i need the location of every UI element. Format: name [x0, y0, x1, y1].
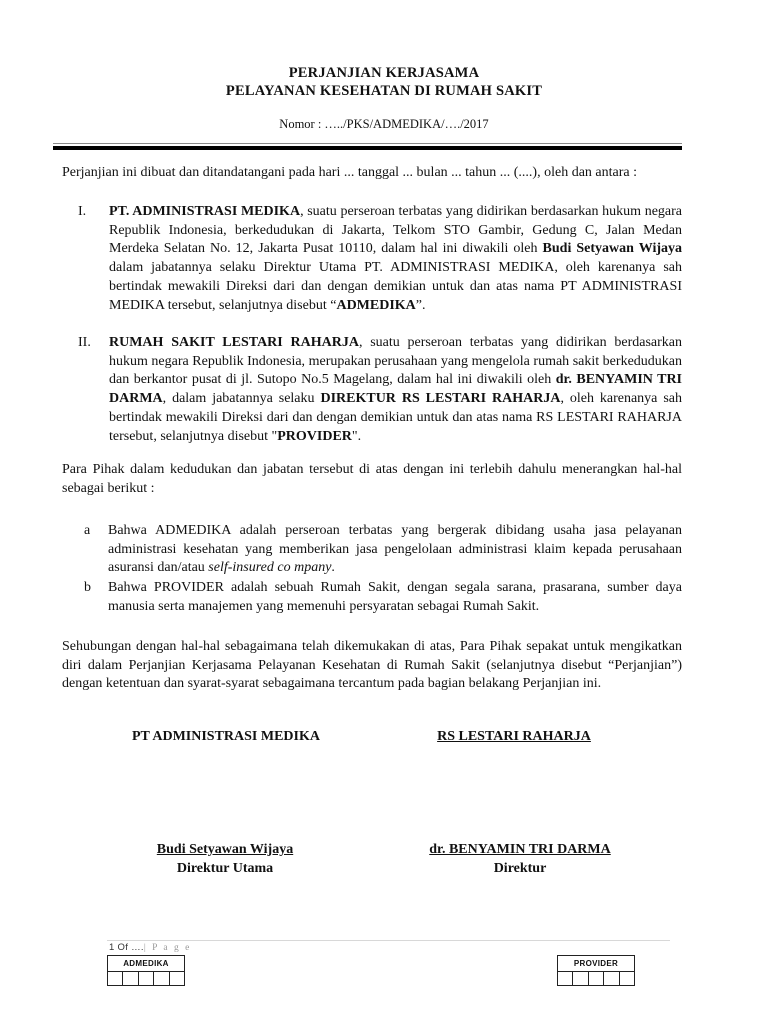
party-number: I. [78, 203, 108, 222]
signature-right-name: dr. BENYAMIN TRI DARMA [420, 842, 620, 858]
initial-box-admedika: ADMEDIKA [107, 955, 185, 986]
party-text: ”. [416, 298, 426, 313]
initial-cell [123, 972, 138, 985]
recital-body: Bahwa ADMEDIKA adalah perseroan terbatas… [108, 522, 682, 578]
initial-box-provider: PROVIDER [557, 955, 635, 986]
closing-paragraph: Sehubungan dengan hal-hal sebagaimana te… [62, 638, 682, 694]
party-text: ". [352, 429, 361, 444]
recital-end: . [331, 560, 335, 575]
initial-cell [573, 972, 588, 985]
page-number-prefix: 1 Of …. [109, 942, 144, 953]
recital-letter: a [84, 522, 108, 541]
initial-cell [170, 972, 184, 985]
document-page: PERJANJIAN KERJASAMA PELAYANAN KESEHATAN… [0, 0, 768, 1024]
initial-cell [589, 972, 604, 985]
party-alias: ADMEDIKA [336, 298, 415, 313]
initial-cell [604, 972, 619, 985]
party-role: DIREKTUR RS LESTARI RAHARJA [320, 391, 560, 406]
party-item-1: I. PT. ADMINISTRASI MEDIKA, suatu perser… [78, 203, 682, 315]
document-title-line1: PERJANJIAN KERJASAMA [0, 65, 768, 82]
initial-cells [108, 972, 184, 985]
page-number-suffix: | P a g e [144, 943, 192, 953]
recital-intro: Para Pihak dalam kedudukan dan jabatan t… [62, 461, 682, 498]
signature-left-name: Budi Setyawan Wijaya [130, 842, 320, 858]
initial-box-label: ADMEDIKA [108, 956, 184, 972]
signature-left-role: Direktur Utama [130, 861, 320, 877]
page-number: 1 Of ….| P a g e [109, 942, 191, 953]
signature-right-company: RS LESTARI RAHARJA [410, 729, 618, 745]
initial-box-label: PROVIDER [558, 956, 634, 972]
recital-italic: self-insured co mpany [208, 560, 331, 575]
intro-paragraph: Perjanjian ini dibuat dan ditandatangani… [62, 164, 682, 183]
document-number: Nomor : …../PKS/ADMEDIKA/…./2017 [0, 117, 768, 132]
recital-item-a: a Bahwa ADMEDIKA adalah perseroan terbat… [84, 522, 682, 578]
footer-divider [107, 940, 670, 941]
recital-text: Bahwa ADMEDIKA adalah perseroan terbatas… [108, 523, 682, 575]
header-divider-thick [53, 146, 682, 150]
party-body: PT. ADMINISTRASI MEDIKA, suatu perseroan… [109, 203, 682, 315]
party-item-2: II. RUMAH SAKIT LESTARI RAHARJA, suatu p… [78, 334, 682, 446]
initial-cell [620, 972, 634, 985]
header-divider-thin [53, 143, 682, 144]
initial-cell [108, 972, 123, 985]
initial-cell [558, 972, 573, 985]
signature-left-company: PT ADMINISTRASI MEDIKA [112, 729, 340, 745]
party-alias: PROVIDER [277, 429, 352, 444]
recital-item-b: b Bahwa PROVIDER adalah sebuah Rumah Sak… [84, 579, 682, 616]
recital-letter: b [84, 579, 108, 598]
signature-right-role: Direktur [420, 861, 620, 877]
document-title-line2: PELAYANAN KESEHATAN DI RUMAH SAKIT [0, 83, 768, 100]
party-number: II. [78, 334, 108, 353]
party-name: RUMAH SAKIT LESTARI RAHARJA [109, 335, 359, 350]
initial-cells [558, 972, 634, 985]
recital-body: Bahwa PROVIDER adalah sebuah Rumah Sakit… [108, 579, 682, 616]
initial-cell [154, 972, 169, 985]
party-text: , dalam jabatannya selaku [163, 391, 321, 406]
party-name: PT. ADMINISTRASI MEDIKA [109, 204, 300, 219]
party-representative: Budi Setyawan Wijaya [543, 241, 682, 256]
initial-cell [139, 972, 154, 985]
party-body: RUMAH SAKIT LESTARI RAHARJA, suatu perse… [109, 334, 682, 446]
